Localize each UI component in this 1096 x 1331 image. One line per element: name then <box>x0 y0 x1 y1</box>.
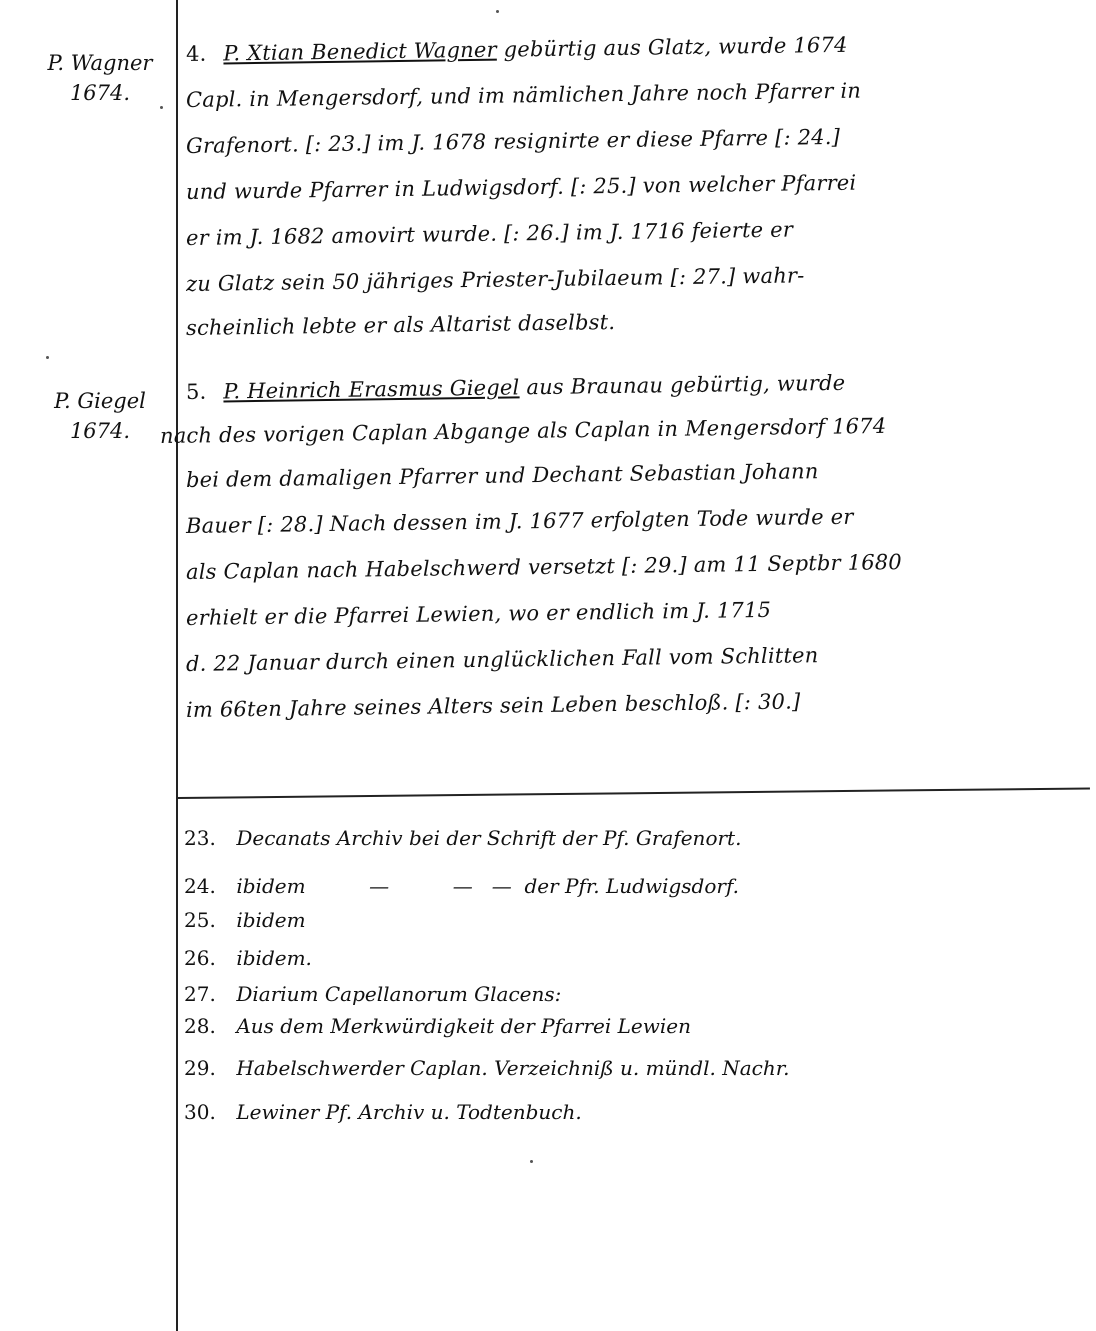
entry-line: 5. P. Heinrich Erasmus Giegel aus Brauna… <box>186 371 846 404</box>
entry-text: gebürtig aus Glatz, wurde 1674 <box>503 33 847 62</box>
footnote-30: 30. Lewiner Pf. Archiv u. Todtenbuch. <box>184 1100 582 1124</box>
margin-note-year: 1674. <box>30 78 170 108</box>
entry-line: und wurde Pfarrer in Ludwigsdorf. [: 25.… <box>186 171 857 204</box>
entry-line: als Caplan nach Habelschwerd versetzt [:… <box>186 550 902 584</box>
footnote-26: 26. ibidem. <box>184 946 312 970</box>
footnote-number: 24. <box>184 874 230 898</box>
footnote-number: 23. <box>184 826 230 850</box>
entry-line: nach des vorigen Caplan Abgange als Capl… <box>160 414 887 448</box>
scan-speck <box>46 356 49 359</box>
footnote-number: 27. <box>184 982 230 1006</box>
entry-line: d. 22 Januar durch einen unglücklichen F… <box>186 643 819 676</box>
footnote-text: Diarium Capellanorum Glacens: <box>236 982 561 1006</box>
entry-line: erhielt er die Pfarrei Lewien, wo er end… <box>186 598 771 630</box>
margin-note-year: 1674. <box>30 416 170 446</box>
footnote-text: ibidem. <box>236 946 312 970</box>
footnote-28: 28. Aus dem Merkwürdigkeit der Pfarrei L… <box>184 1014 691 1038</box>
entry-line: bei dem damaligen Pfarrer und Dechant Se… <box>186 459 819 492</box>
footnote-25: 25. ibidem <box>184 908 306 932</box>
entry-number: 5. <box>186 380 207 404</box>
scan-speck <box>574 700 577 703</box>
entry-line: er im J. 1682 amovirt wurde. [: 26.] im … <box>186 218 793 250</box>
scan-speck <box>530 1160 533 1163</box>
entry-text: aus Braunau gebürtig, wurde <box>526 371 845 399</box>
footnote-29: 29. Habelschwerder Caplan. Verzeichniß u… <box>184 1056 789 1080</box>
entry-line: Capl. in Mengersdorf, und im nämlichen J… <box>186 79 861 112</box>
entry-line: zu Glatz sein 50 jähriges Priester-Jubil… <box>186 263 805 296</box>
margin-note-giegel: P. Giegel 1674. <box>30 386 170 446</box>
footnote-number: 25. <box>184 908 230 932</box>
scan-speck <box>160 106 163 109</box>
entry-line: im 66ten Jahre seines Alters sein Leben … <box>186 689 801 722</box>
scan-speck <box>496 10 499 13</box>
footnote-separator <box>178 787 1090 799</box>
manuscript-page: P. Wagner 1674. P. Giegel 1674. 4. P. Xt… <box>0 0 1096 1331</box>
footnote-text: Lewiner Pf. Archiv u. Todtenbuch. <box>236 1100 581 1124</box>
entry-title: P. Xtian Benedict Wagner <box>223 38 497 66</box>
footnote-text: ibidem <box>236 908 305 932</box>
margin-note-name: P. Giegel <box>30 386 170 416</box>
footnote-number: 26. <box>184 946 230 970</box>
footnote-number: 30. <box>184 1100 230 1124</box>
footnote-text: ibidem — — — der Pfr. Ludwigsdorf. <box>236 874 739 898</box>
footnote-27: 27. Diarium Capellanorum Glacens: <box>184 982 561 1006</box>
footnote-number: 28. <box>184 1014 230 1038</box>
footnote-text: Habelschwerder Caplan. Verzeichniß u. mü… <box>236 1056 789 1080</box>
footnote-text: Decanats Archiv bei der Schrift der Pf. … <box>236 826 741 850</box>
entry-number: 4. <box>186 42 207 66</box>
margin-note-name: P. Wagner <box>30 48 170 78</box>
entry-line: Bauer [: 28.] Nach dessen im J. 1677 erf… <box>186 505 854 538</box>
margin-rule <box>176 0 178 1331</box>
entry-title: P. Heinrich Erasmus Giegel <box>223 375 519 403</box>
entry-line: scheinlich lebte er als Altarist daselbs… <box>186 310 615 340</box>
footnote-24: 24. ibidem — — — der Pfr. Ludwigsdorf. <box>184 874 739 898</box>
footnote-text: Aus dem Merkwürdigkeit der Pfarrei Lewie… <box>236 1014 691 1038</box>
entry-line: 4. P. Xtian Benedict Wagner gebürtig aus… <box>186 33 848 66</box>
entry-line: Grafenort. [: 23.] im J. 1678 resignirte… <box>186 125 840 158</box>
footnote-number: 29. <box>184 1056 230 1080</box>
margin-note-wagner: P. Wagner 1674. <box>30 48 170 108</box>
footnote-23: 23. Decanats Archiv bei der Schrift der … <box>184 826 741 850</box>
